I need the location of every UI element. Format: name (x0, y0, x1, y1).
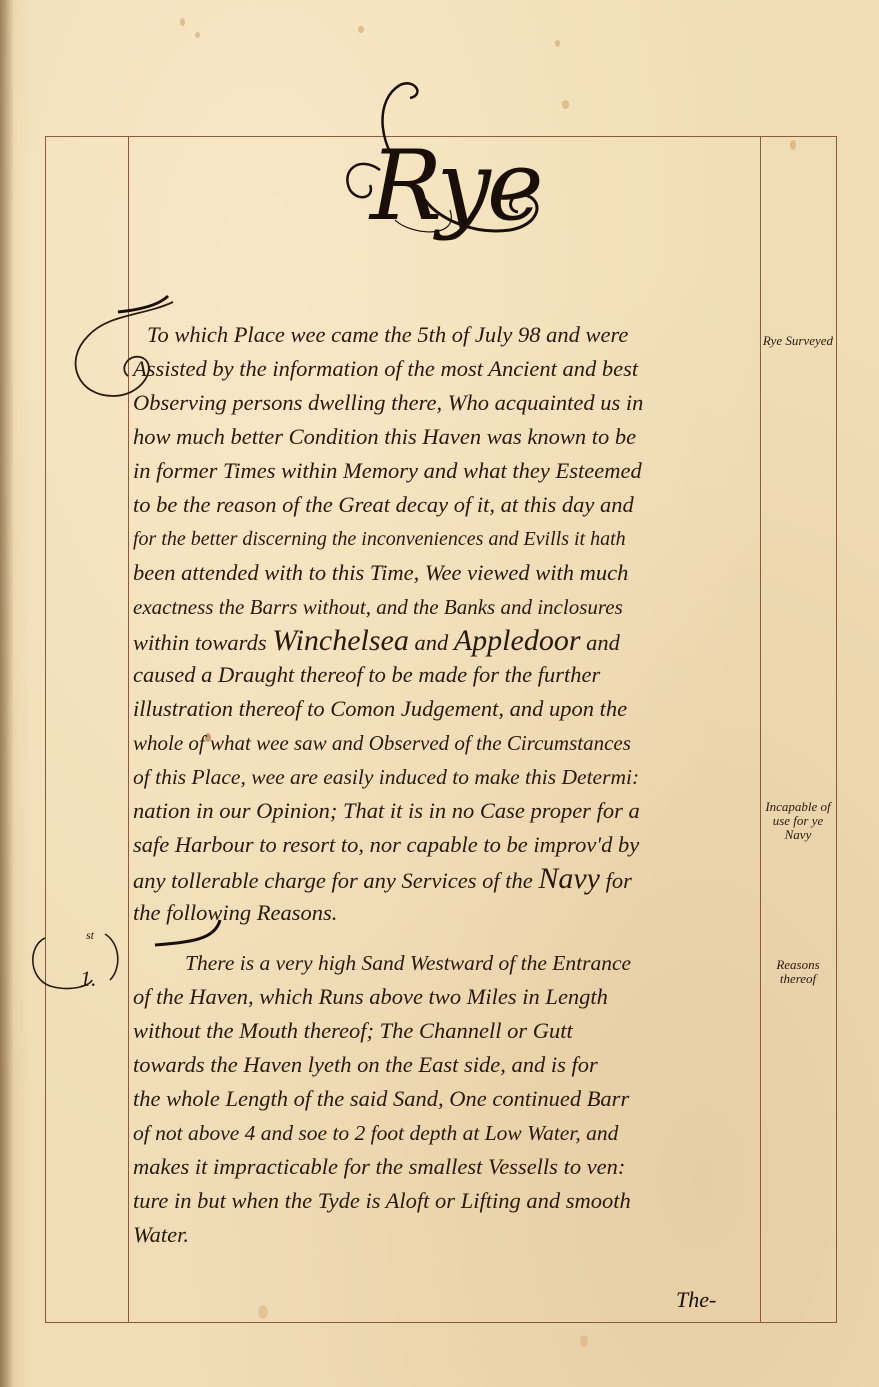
text-line: without the Mouth thereof; The Channell … (133, 1014, 573, 1048)
text-line: of this Place, wee are easily induced to… (133, 760, 639, 794)
text-line: illustration thereof to Comon Judgement,… (133, 692, 627, 726)
reason-number-suffix: st (86, 928, 94, 943)
foxing-spot (195, 32, 200, 38)
foxing-spot (555, 40, 560, 47)
text-line: whole of what wee saw and Observed of th… (133, 726, 631, 760)
text-line-navy: any tollerable charge for any Services o… (133, 862, 632, 896)
text-fragment: any tollerable charge for any Services o… (133, 868, 533, 893)
margin-note-incapable: Incapable of use for ye Navy (762, 800, 834, 842)
reason-bracket-icon (20, 928, 130, 998)
manuscript-page: Rye To which Place wee came the 5th of J… (0, 0, 879, 1387)
right-margin-rule (760, 136, 761, 1323)
text-line: exactness the Barrs without, and the Ban… (133, 590, 623, 624)
text-line: ture in but when the Tyde is Aloft or Li… (133, 1184, 631, 1218)
foxing-spot (580, 1335, 588, 1347)
margin-note-reasons: Reasons thereof (762, 958, 834, 986)
text-line-places: within towards Winchelsea and Appledoor … (133, 624, 620, 658)
text-line: caused a Draught thereof to be made for … (133, 658, 600, 692)
foxing-spot (180, 18, 185, 26)
text-fragment: and (586, 630, 620, 655)
text-line: There is a very high Sand Westward of th… (185, 946, 631, 980)
text-line: safe Harbour to resort to, nor capable t… (133, 828, 639, 862)
text-line: Observing persons dwelling there, Who ac… (133, 386, 643, 420)
text-line: the whole Length of the said Sand, One c… (133, 1082, 629, 1116)
text-line: makes it impracticable for the smallest … (133, 1150, 625, 1184)
text-fragment: and (414, 630, 448, 655)
text-line: of the Haven, which Runs above two Miles… (133, 980, 608, 1014)
foxing-spot (358, 26, 364, 33)
text-line: in former Times within Memory and what t… (133, 454, 642, 488)
text-line: of not above 4 and soe to 2 foot depth a… (133, 1116, 618, 1150)
binding-shadow (0, 0, 14, 1387)
text-line: been attended with to this Time, Wee vie… (133, 556, 628, 590)
word-navy: Navy (538, 862, 600, 895)
title-rye: Rye (370, 130, 540, 242)
text-line: towards the Haven lyeth on the East side… (133, 1048, 598, 1082)
text-line: to be the reason of the Great decay of i… (133, 488, 634, 522)
place-winchelsea: Winchelsea (272, 624, 409, 657)
text-line: for the better discerning the inconvenie… (133, 522, 626, 556)
page-title: Rye (300, 60, 600, 270)
place-appledoor: Appledoor (454, 624, 581, 657)
text-line: To which Place wee came the 5th of July … (147, 318, 628, 352)
text-line: Assisted by the information of the most … (133, 352, 638, 386)
catchword: The- (676, 1287, 716, 1313)
text-line: nation in our Opinion; That it is in no … (133, 794, 640, 828)
text-line: Water. (133, 1218, 189, 1252)
margin-note-rye-surveyed: Rye Surveyed (762, 334, 834, 348)
text-fragment: for (606, 868, 632, 893)
reason-number-digit: 1. (80, 966, 97, 992)
text-fragment: within towards (133, 630, 267, 655)
text-line: how much better Condition this Haven was… (133, 420, 636, 454)
